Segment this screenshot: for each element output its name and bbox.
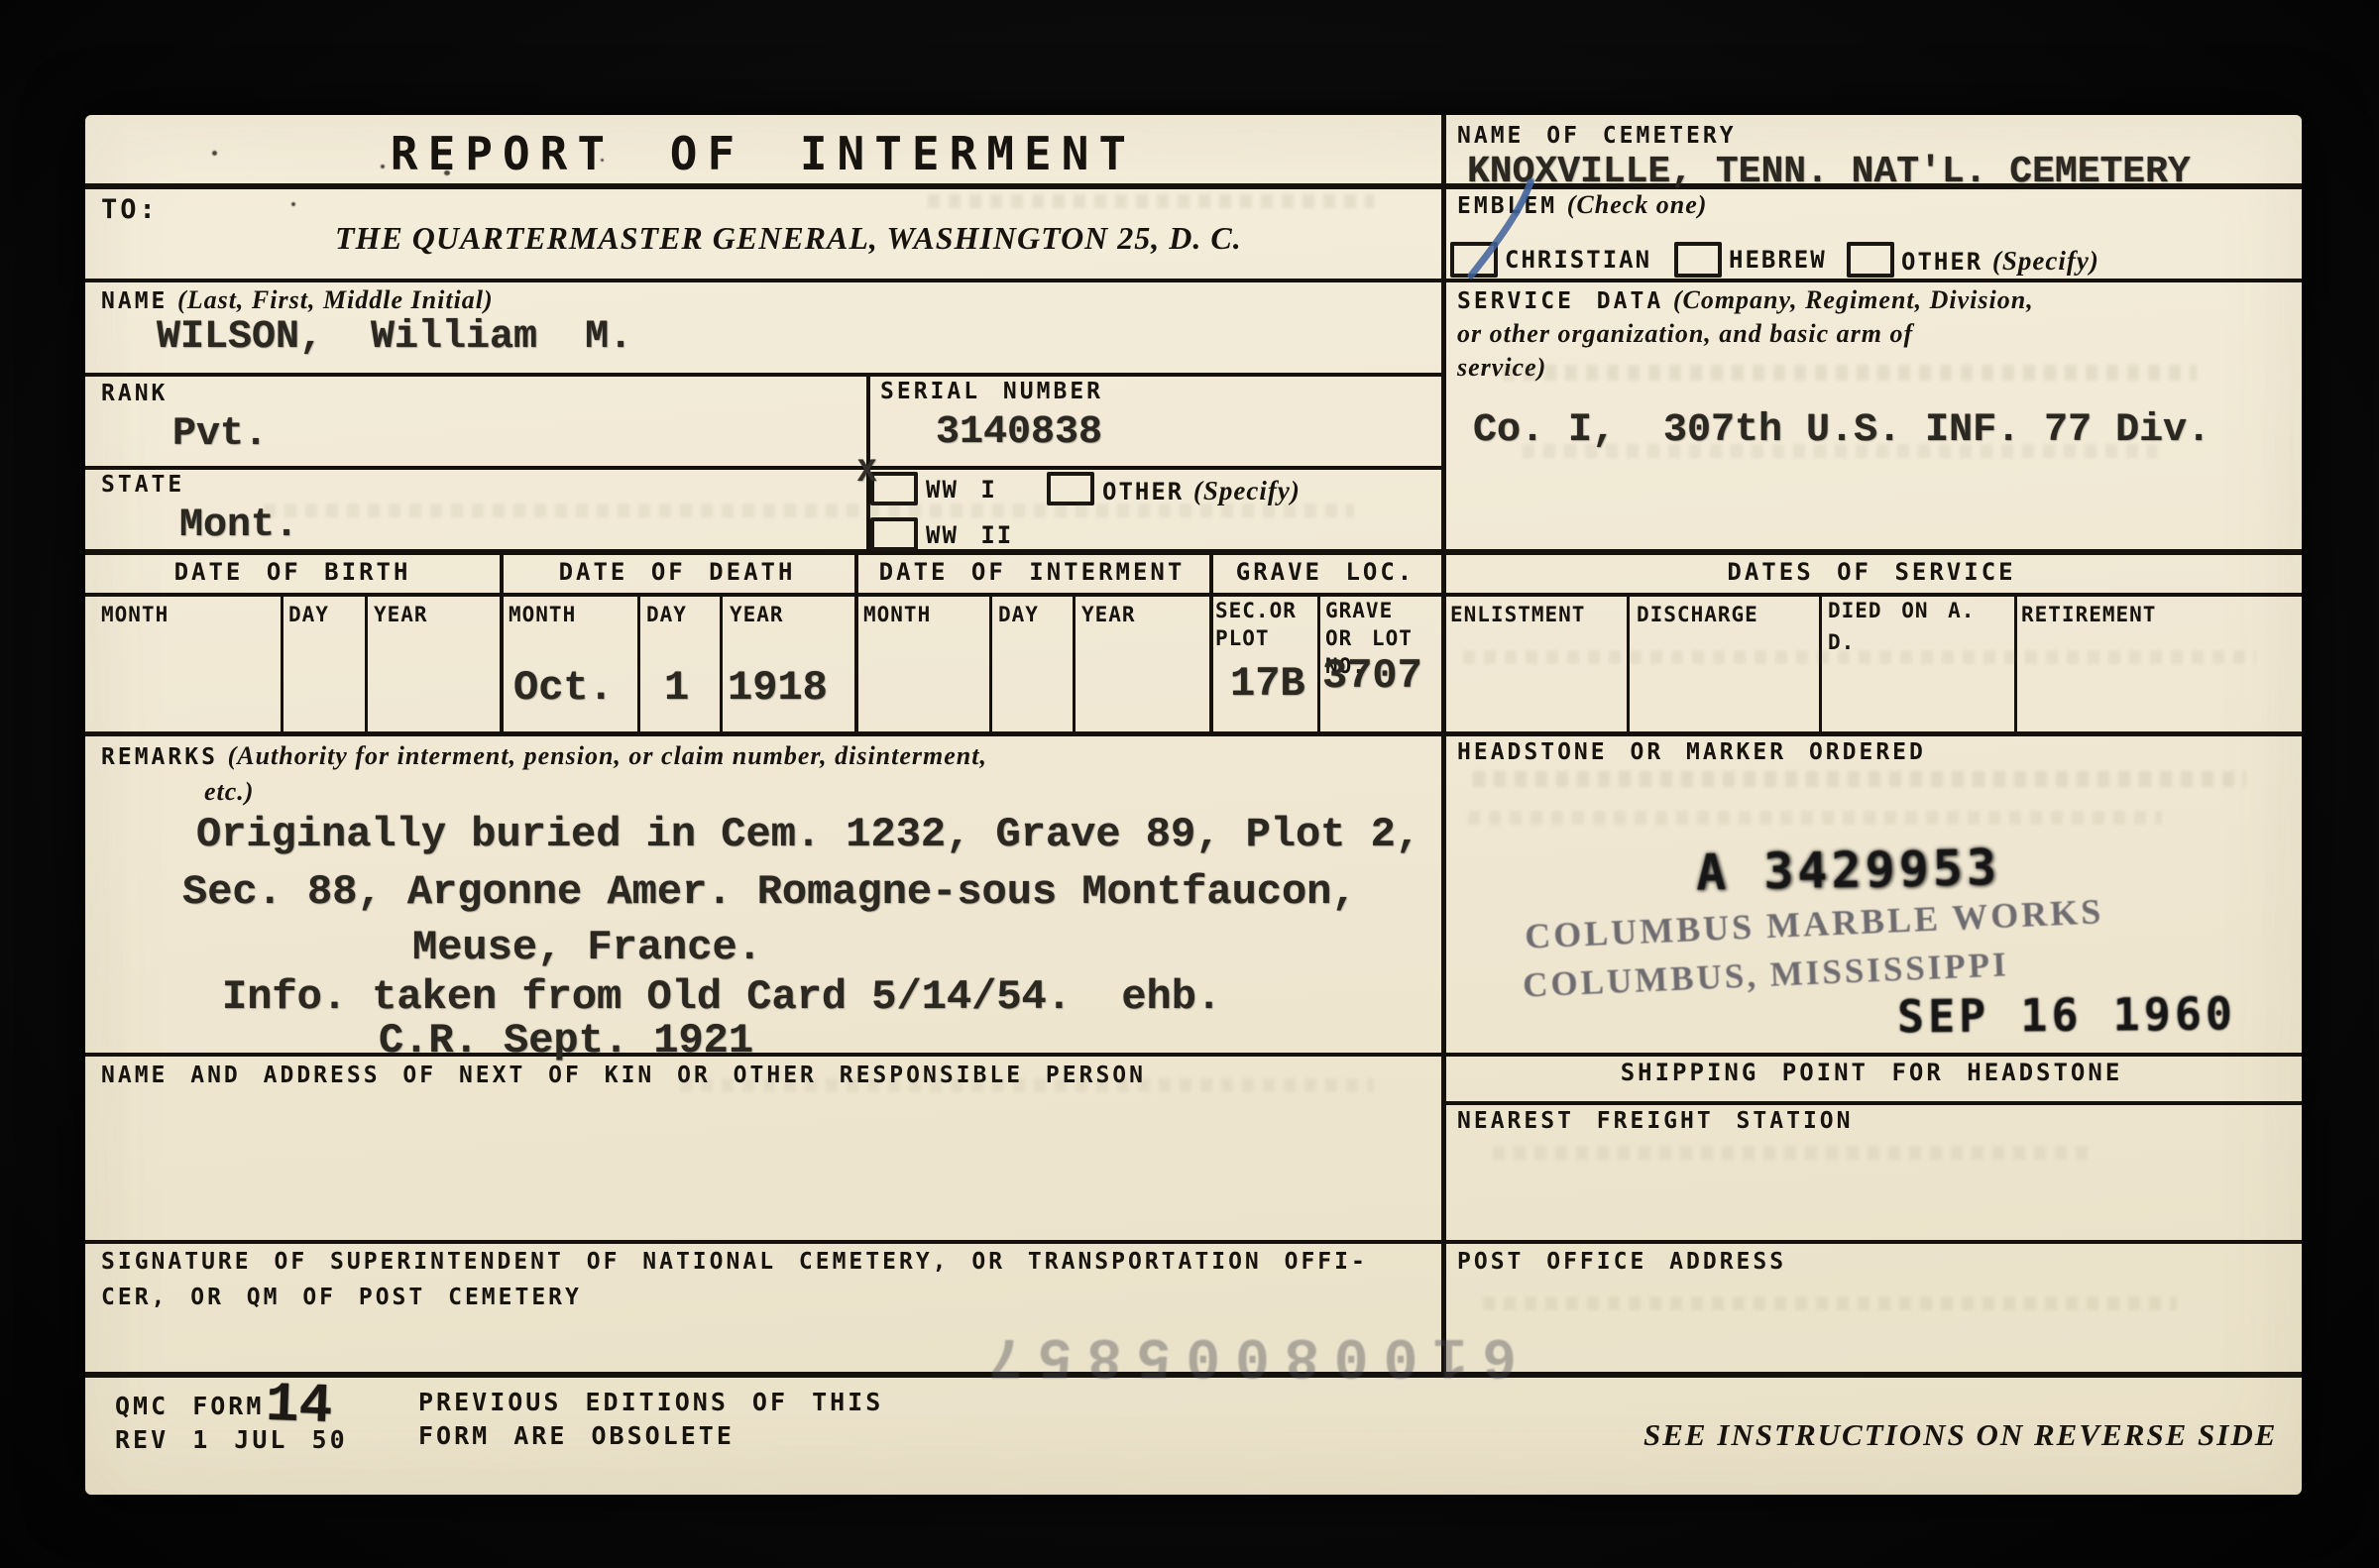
- checkbox-christian-label: CHRISTIAN: [1505, 246, 1651, 274]
- grid-line: [85, 373, 1441, 377]
- date-of-death-header: DATE OF DEATH: [500, 558, 854, 586]
- ink-speck: [601, 159, 604, 162]
- rank-label: RANK: [101, 381, 168, 406]
- grid-line: [1441, 115, 1446, 1372]
- to-value: THE QUARTERMASTER GENERAL, WASHINGTON 25…: [335, 220, 1242, 257]
- grid-line: [85, 466, 1441, 470]
- obsolete-note-line1: PREVIOUS EDITIONS OF THIS: [418, 1388, 883, 1416]
- form-id-line1: QMC FORM: [115, 1392, 264, 1420]
- ink-speck: [212, 151, 217, 156]
- signature-label-line1: SIGNATURE OF SUPERINTENDENT OF NATIONAL …: [101, 1249, 1368, 1275]
- service-data-label: SERVICE DATA: [1457, 288, 1663, 314]
- date-of-birth-header: DATE OF BIRTH: [85, 558, 500, 586]
- ww1-x-mark: X: [857, 454, 876, 491]
- remarks-line-3: Meuse, France.: [412, 924, 762, 971]
- remarks-line-5: C.R. Sept. 1921: [379, 1017, 753, 1064]
- death-day-col: DAY: [646, 603, 687, 626]
- checkbox-other-emblem-label-row: OTHER (Specify): [1901, 246, 2099, 277]
- service-data-note2: or other organization, and basic arm of: [1457, 319, 1913, 349]
- grave-lot-value: 3707: [1322, 652, 1422, 700]
- remarks-label: REMARKS: [101, 744, 218, 770]
- checkbox-hebrew: [1674, 242, 1722, 278]
- grid-line: [989, 593, 992, 731]
- bleedthrough-artifact: [264, 504, 1354, 517]
- death-year-col: YEAR: [730, 603, 784, 626]
- interment-month-col: MONTH: [863, 603, 931, 626]
- signature-label-line2: CER, OR QM OF POST CEMETERY: [101, 1285, 582, 1310]
- remarks-line-1: Originally buried in Cem. 1232, Grave 89…: [196, 811, 1420, 858]
- grid-line: [365, 593, 368, 731]
- checkbox-other-war-note: (Specify): [1193, 476, 1301, 505]
- to-label: TO:: [101, 194, 159, 225]
- retirement-col: RETIREMENT: [2021, 603, 2156, 626]
- grid-line: [85, 593, 2302, 597]
- checkbox-other-war-label-row: OTHER (Specify): [1102, 476, 1301, 506]
- form-page-number: 14: [265, 1373, 333, 1438]
- name-label-row: NAME (Last, First, Middle Initial): [101, 285, 494, 315]
- checkbox-ww2-label: WW II: [926, 521, 1013, 549]
- grave-sec-col-line2: PLOT: [1215, 626, 1270, 650]
- interment-year-col: YEAR: [1081, 603, 1136, 626]
- bleedthrough-artifact: [1468, 811, 2162, 825]
- name-label: NAME: [101, 288, 168, 314]
- headstone-order-number-stamp: A 3429953: [1696, 839, 2001, 901]
- died-on-ad-col-line1: DIED ON A.: [1828, 599, 1975, 622]
- death-day-value: 1: [664, 664, 689, 712]
- state-label: STATE: [101, 472, 184, 498]
- remarks-label-row: REMARKS (Authority for interment, pensio…: [101, 741, 987, 771]
- emblem-note: (Check one): [1567, 190, 1708, 219]
- shipping-point-label: SHIPPING POINT FOR HEADSTONE: [1441, 1059, 2302, 1086]
- date-received-stamp: SEP 16 1960: [1897, 988, 2236, 1044]
- rank-value: Pvt.: [172, 412, 268, 457]
- checkbox-other-war: [1047, 472, 1094, 505]
- death-month-value: Oct.: [513, 664, 614, 712]
- grid-line: [85, 549, 2302, 555]
- grid-line: [281, 593, 283, 731]
- obsolete-note-line2: FORM ARE OBSOLETE: [418, 1421, 735, 1450]
- grid-line: [1317, 593, 1320, 731]
- interment-report-card: REPORT OF INTERMENT NAME OF CEMETERY KNO…: [85, 115, 2302, 1495]
- remarks-line-4: Info. taken from Old Card 5/14/54. ehb.: [222, 973, 1221, 1021]
- bleedthrough-artifact: [1493, 1146, 2088, 1160]
- scanned-document-page: { "page": {"background": "#0a0a0a", "car…: [0, 0, 2379, 1568]
- headstone-label: HEADSTONE OR MARKER ORDERED: [1457, 739, 1926, 765]
- birth-month-col: MONTH: [101, 603, 169, 626]
- vendor-stamp-line1: COLUMBUS MARBLE WORKS: [1524, 890, 2104, 956]
- cemetery-label: NAME OF CEMETERY: [1457, 123, 1737, 149]
- checkbox-other-emblem-note: (Specify): [1992, 246, 2099, 276]
- grave-loc-header: GRAVE LOC.: [1209, 558, 1441, 586]
- grid-line: [637, 593, 640, 731]
- emblem-label-row: EMBLEM (Check one): [1457, 190, 1707, 220]
- grave-sec-value: 17B: [1230, 660, 1305, 708]
- name-value: WILSON, William M.: [157, 315, 632, 360]
- checkbox-other-emblem-label: OTHER: [1901, 248, 1982, 276]
- birth-year-col: YEAR: [374, 603, 428, 626]
- ink-speck: [291, 202, 295, 206]
- serial-number-value: 3140838: [936, 410, 1102, 455]
- grave-sec-col-line1: SEC.OR: [1215, 599, 1297, 622]
- page-title: REPORT OF INTERMENT: [85, 127, 1441, 180]
- bleedthrough-artifact: [928, 194, 1374, 208]
- service-data-note1: (Company, Regiment, Division,: [1673, 285, 2034, 314]
- death-year-value: 1918: [728, 664, 828, 712]
- checkbox-ww1-label: WW I: [926, 476, 997, 504]
- faint-stamped-number: 61008005857: [819, 1322, 1671, 1387]
- grid-line: [85, 1240, 2302, 1244]
- checkbox-christian: [1450, 242, 1498, 278]
- remarks-line-2: Sec. 88, Argonne Amer. Romagne-sous Mont…: [182, 868, 1357, 916]
- serial-number-label: SERIAL NUMBER: [880, 379, 1103, 404]
- grave-lot-col-line2: OR LOT: [1325, 626, 1413, 650]
- bleedthrough-artifact: [1463, 650, 2256, 664]
- emblem-label: EMBLEM: [1457, 193, 1557, 219]
- bleedthrough-artifact: [1503, 365, 2197, 381]
- cemetery-value: KNOXVILLE, TENN. NAT'L. CEMETERY: [1467, 151, 2191, 193]
- bleedthrough-artifact: [1473, 771, 2246, 787]
- grid-line: [85, 279, 2302, 282]
- date-of-interment-header: DATE OF INTERMENT: [854, 558, 1209, 586]
- service-data-label-row: SERVICE DATA (Company, Regiment, Divisio…: [1457, 285, 2034, 315]
- post-office-label: POST OFFICE ADDRESS: [1457, 1249, 1786, 1275]
- bleedthrough-artifact: [1523, 444, 2157, 458]
- ink-speck: [444, 170, 450, 175]
- dates-of-service-header: DATES OF SERVICE: [1441, 558, 2302, 586]
- remarks-note2: etc.): [204, 777, 254, 807]
- reverse-side-instructions: SEE INSTRUCTIONS ON REVERSE SIDE: [1643, 1417, 2277, 1453]
- freight-station-label: NEAREST FREIGHT STATION: [1457, 1108, 1854, 1134]
- grid-line: [1441, 1101, 2302, 1105]
- grid-line: [85, 731, 2302, 736]
- name-note: (Last, First, Middle Initial): [177, 285, 494, 314]
- grid-line: [1073, 593, 1076, 731]
- checkbox-ww1: [870, 472, 918, 505]
- checkbox-other-emblem: [1847, 242, 1894, 278]
- remarks-note1: (Authority for interment, pension, or cl…: [228, 741, 987, 770]
- discharge-col: DISCHARGE: [1637, 603, 1758, 626]
- birth-day-col: DAY: [288, 603, 329, 626]
- checkbox-other-war-label: OTHER: [1102, 478, 1184, 505]
- grid-line: [720, 593, 723, 731]
- bleedthrough-artifact: [680, 1078, 1374, 1092]
- enlistment-col: ENLISTMENT: [1450, 603, 1585, 626]
- interment-day-col: DAY: [998, 603, 1039, 626]
- grave-lot-col-line1: GRAVE: [1325, 599, 1393, 622]
- death-month-col: MONTH: [509, 603, 576, 626]
- bleedthrough-artifact: [1483, 1296, 2177, 1310]
- ink-speck: [381, 165, 385, 168]
- checkbox-hebrew-label: HEBREW: [1729, 246, 1827, 274]
- checkbox-ww2: [870, 517, 918, 551]
